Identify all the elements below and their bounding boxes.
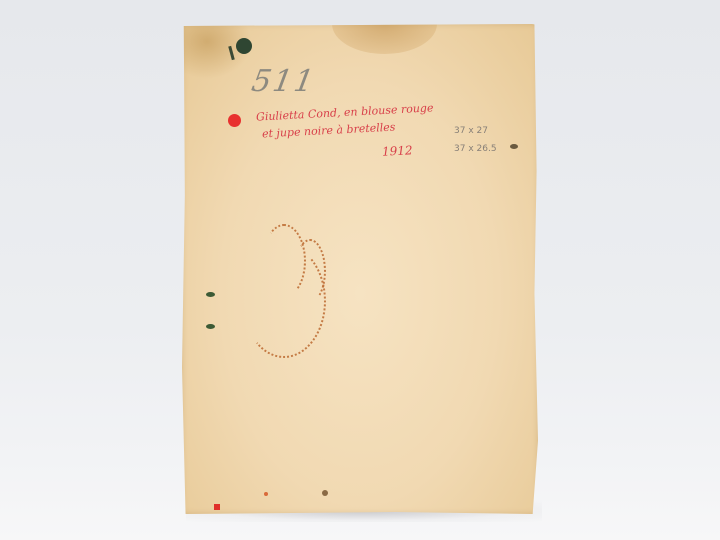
pencil-inventory-number: 511 xyxy=(249,64,318,99)
brown-spot xyxy=(322,490,328,496)
green-speck xyxy=(206,292,215,297)
red-year: 1912 xyxy=(382,143,413,159)
red-title-line-2: et jupe noire à bretelles xyxy=(262,121,396,141)
orange-paint-speck xyxy=(264,492,268,496)
green-paint-spot xyxy=(236,38,252,54)
dark-smudge xyxy=(510,144,518,149)
red-dot-sticker xyxy=(228,114,241,127)
dimension-label-2: 37 x 26.5 xyxy=(454,144,497,154)
red-title-line-1: Giulietta Cond, en blouse rouge xyxy=(256,101,434,123)
cardboard-back: 511 Giulietta Cond, en blouse rouge et j… xyxy=(182,24,538,514)
green-speck xyxy=(206,324,215,329)
red-paint-speck xyxy=(214,504,220,510)
top-water-stain xyxy=(332,0,437,54)
rust-arc-stain-small xyxy=(294,239,326,303)
dimension-label-1: 37 x 27 xyxy=(454,126,488,136)
